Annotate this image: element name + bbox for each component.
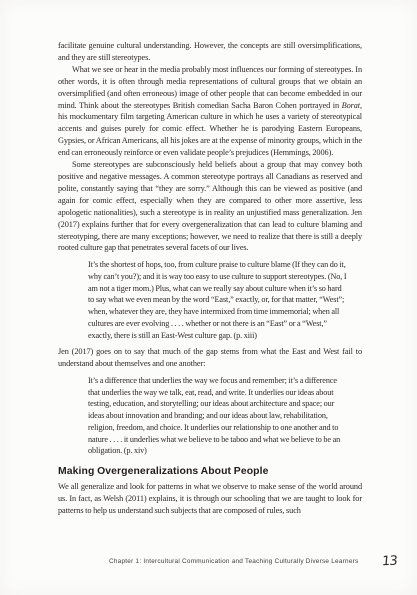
blockquote-east-west-difference: It’s a difference that underlies the way… [88,375,349,457]
paragraph-jen-intro: Jen (2017) goes on to say that much of t… [58,346,362,370]
book-title-borat: Borat [342,101,360,110]
page-number: 13 [382,554,398,569]
book-page: facilitate genuine cultural understandin… [0,0,417,595]
text-block: facilitate genuine cultural understandin… [58,40,362,517]
paragraph-media-stereotypes: What we see or hear in the media probabl… [58,64,362,159]
section-heading-overgeneralizations: Making Overgeneralizations About People [58,466,362,478]
running-footer-chapter-title: Chapter 1: Intercultural Communication a… [109,558,358,565]
paragraph-subconscious-stereotypes: Some stereotypes are subconsciously held… [58,159,362,254]
page-footer: Chapter 1: Intercultural Communication a… [0,554,397,569]
paragraph-continuation: facilitate genuine cultural understandin… [58,40,362,64]
blockquote-culture-blame: It’s the shortest of hops, too, from cul… [88,259,349,341]
paragraph-media-text-before: What we see or hear in the media probabl… [58,65,362,110]
paragraph-generalize-patterns: We all generalize and look for patterns … [58,481,362,517]
